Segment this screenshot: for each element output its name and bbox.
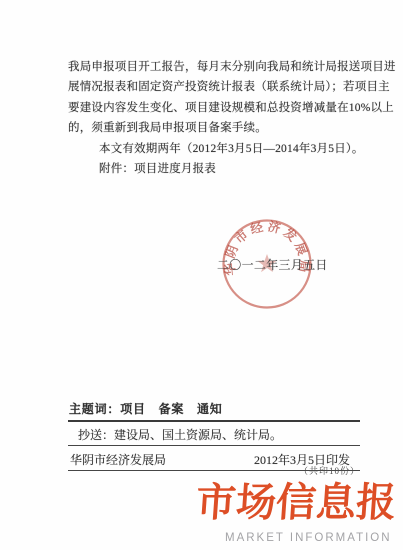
signature-date: 二〇一二年三月五日: [217, 256, 328, 273]
paragraph-line: 要建设内容发生变化、项目建设规模和总投资增减量在10%以上: [68, 98, 398, 118]
newspaper-watermark-cn: 市场信息报: [194, 479, 403, 527]
cc-row: 抄送：建设局、国土资源局、统计局。: [68, 422, 360, 446]
paragraph-line: 的，须重新到我局申报项目备案手续。: [68, 118, 398, 138]
copies-note: （共印10份）: [299, 464, 360, 477]
subject-keywords-row: 主题词：项目 备案 通知: [68, 399, 360, 422]
newspaper-watermark-en: MARKET INFORMATION: [225, 532, 392, 544]
attachment-line: 附件：项目进度月报表: [68, 159, 398, 179]
issuer-name: 华阴市经济发展局: [70, 451, 166, 468]
paragraph-line: 展情况报表和固定资产投资统计报表（联系统计局）；若项目主: [68, 77, 398, 97]
paragraph-line: 我局申报项目开工报告，每月末分别向我局和统计局报送项目进: [68, 57, 398, 77]
document-body: 我局申报项目开工报告，每月末分别向我局和统计局报送项目进 展情况报表和固定资产投…: [68, 57, 398, 179]
scanned-document-page: 我局申报项目开工报告，每月末分别向我局和统计局报送项目进 展情况报表和固定资产投…: [0, 0, 403, 550]
document-footer: 主题词：项目 备案 通知 抄送：建设局、国土资源局、统计局。 华阴市经济发展局 …: [68, 399, 360, 471]
validity-line: 本文有效期两年（2012年3月5日—2014年3月5日）。: [68, 139, 398, 159]
